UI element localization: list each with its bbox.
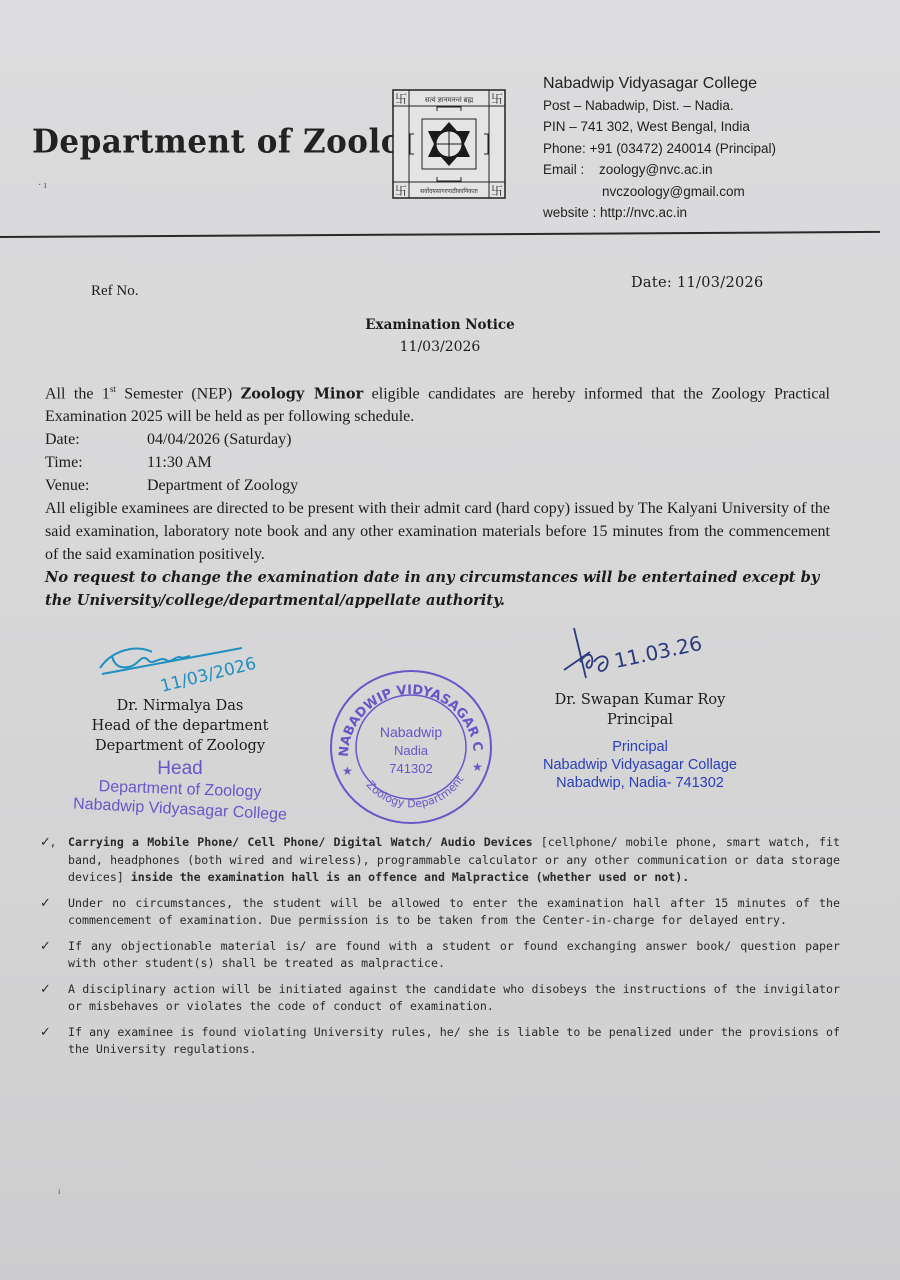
exam-rules-list: ✓, Carrying a Mobile Phone/ Cell Phone/ … xyxy=(40,834,840,1067)
warning-paragraph: No request to change the examination dat… xyxy=(45,566,830,612)
hod-title: Head of the department xyxy=(60,716,300,736)
stray-mark: ı xyxy=(58,1186,61,1196)
checkmark-icon: ✓ xyxy=(40,981,68,1016)
svg-text:Nabadwip: Nabadwip xyxy=(380,724,442,740)
svg-text:卐: 卐 xyxy=(491,184,503,198)
rule-item: ✓, Carrying a Mobile Phone/ Cell Phone/ … xyxy=(40,834,840,887)
svg-text:सर्वोदयसागरपाठीकानिकता: सर्वोदयसागरपाठीकानिकता xyxy=(420,187,478,195)
hod-department: Department of Zoology xyxy=(60,736,300,756)
principal-name: Dr. Swapan Kumar Roy xyxy=(510,690,770,710)
svg-text:卐: 卐 xyxy=(395,184,407,198)
department-title: Department of Zoology xyxy=(32,123,443,161)
hod-name: Dr. Nirmalya Das xyxy=(60,696,300,716)
checkmark-icon: ✓, xyxy=(40,834,68,887)
hod-signature-block: Dr. Nirmalya Das Head of the department … xyxy=(60,630,300,820)
principal-signature-block: Dr. Swapan Kumar Roy Principal Principal… xyxy=(510,620,770,792)
college-emblem-icon: 卐 卐 卐 卐 सत्यं ज्ञानमनन्तं ब्रह्म सर्वोदय… xyxy=(392,89,506,199)
intro-paragraph: All the 1st Semester (NEP) Zoology Minor… xyxy=(45,378,830,428)
notice-title: Examination Notice xyxy=(0,317,880,333)
notice-date: 11/03/2026 xyxy=(0,339,880,355)
svg-text:卐: 卐 xyxy=(491,92,503,106)
principal-stamp-college: Nabadwip Vidyasagar Collage xyxy=(510,756,770,774)
college-name: Nabadwip Vidyasagar College xyxy=(543,73,776,95)
ref-number-label: Ref No. xyxy=(91,283,139,300)
email-link-2[interactable]: nvczoology@gmail.com xyxy=(543,181,776,203)
schedule-row-date: Date:04/04/2026 (Saturday) xyxy=(45,428,830,451)
college-post: Post – Nabadwip, Dist. – Nadia. xyxy=(543,95,776,117)
svg-text:Nadia: Nadia xyxy=(394,743,429,758)
svg-text:★: ★ xyxy=(472,760,483,774)
schedule-row-time: Time:11:30 AM xyxy=(45,451,830,474)
rule-item: ✓ A disciplinary action will be initiate… xyxy=(40,981,840,1016)
checkmark-icon: ✓ xyxy=(40,895,68,930)
svg-text:★: ★ xyxy=(342,764,353,778)
principal-stamp-title: Principal xyxy=(510,738,770,756)
stray-marks: · ı xyxy=(38,180,47,191)
principal-title: Principal xyxy=(510,710,770,730)
rule-item: ✓ If any examinee is found violating Uni… xyxy=(40,1024,840,1059)
schedule-row-venue: Venue:Department of Zoology xyxy=(45,474,830,497)
email-label: Email : xyxy=(543,159,599,181)
svg-text:Zoology Department: Zoology Department xyxy=(364,773,467,811)
letter-date: Date: 11/03/2026 xyxy=(631,275,764,291)
svg-text:卐: 卐 xyxy=(395,92,407,106)
website-link[interactable]: website : http://nvc.ac.in xyxy=(543,202,776,224)
instructions-paragraph: All eligible examinees are directed to b… xyxy=(45,497,830,566)
course-name: Zoology Minor xyxy=(241,385,364,402)
svg-text:741302: 741302 xyxy=(389,761,432,776)
checkmark-icon: ✓ xyxy=(40,1024,68,1059)
checkmark-icon: ✓ xyxy=(40,938,68,973)
rule-item: ✓ If any objectionable material is/ are … xyxy=(40,938,840,973)
college-phone: Phone: +91 (03472) 240014 (Principal) xyxy=(543,138,776,160)
notice-body: All the 1st Semester (NEP) Zoology Minor… xyxy=(45,378,830,612)
svg-text:सत्यं ज्ञानमनन्तं ब्रह्म: सत्यं ज्ञानमनन्तं ब्रह्म xyxy=(425,96,474,104)
principal-stamp-address: Nabadwip, Nadia- 741302 xyxy=(510,774,770,792)
header-divider xyxy=(0,231,880,238)
college-contact-block: Nabadwip Vidyasagar College Post – Nabad… xyxy=(543,73,776,224)
rule-item: ✓ Under no circumstances, the student wi… xyxy=(40,895,840,930)
college-seal-icon: NABADWIP VIDYASAGAR COLLEGE Zoology Depa… xyxy=(326,665,496,825)
college-pin: PIN – 741 302, West Bengal, India xyxy=(543,116,776,138)
email-link-1[interactable]: zoology@nvc.ac.in xyxy=(599,162,713,177)
